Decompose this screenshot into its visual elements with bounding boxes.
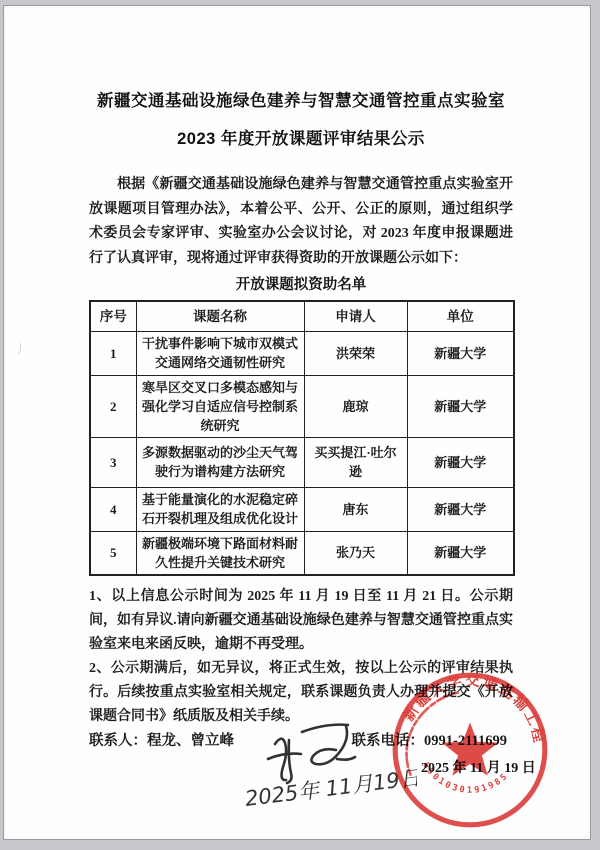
- applicant-cell: 买买提江·吐尔逊: [304, 437, 407, 487]
- contact-person: 联系人：程龙、曾立峰: [89, 729, 234, 753]
- project-name-cell: 新疆极端环境下路面材料耐久性提升关键技术研究: [136, 531, 304, 575]
- title-line-1: 新疆交通基础设施绿色建养与智慧交通管控重点实验室: [89, 82, 513, 120]
- table-row: 5 新疆极端环境下路面材料耐久性提升关键技术研究 张乃天 新疆大学: [90, 531, 514, 575]
- scan-artifact: [13, 342, 22, 356]
- row-number-cell: 3: [90, 437, 136, 487]
- row-number-cell: 1: [90, 331, 136, 375]
- applicant-cell: 张乃天: [304, 531, 407, 575]
- document-content: 新疆交通基础设施绿色建养与智慧交通管控重点实验室 2023 年度开放课题评审结果…: [89, 82, 513, 753]
- header-project: 课题名称: [136, 301, 304, 331]
- document-title: 新疆交通基础设施绿色建养与智慧交通管控重点实验室 2023 年度开放课题评审结果…: [89, 82, 513, 158]
- header-org: 单位: [407, 301, 514, 331]
- header-applicant: 申请人: [304, 301, 407, 331]
- org-cell: 新疆大学: [407, 487, 514, 531]
- table-row: 4 基于能量演化的水泥稳定碎石开裂机理及组成优化设计 唐东 新疆大学: [90, 487, 514, 531]
- project-name-cell: 多源数据驱动的沙尘天气驾驶行为谱构建方法研究: [136, 437, 304, 487]
- org-cell: 新疆大学: [407, 531, 514, 575]
- intro-paragraph: 根据《新疆交通基础设施绿色建养与智慧交通管控重点实验室开放课题项目管理办法》，本…: [89, 173, 513, 271]
- org-cell: 新疆大学: [407, 437, 514, 487]
- official-seal: 新疆大学交通运输工程学院 6501030191985: [388, 668, 552, 832]
- table-row: 3 多源数据驱动的沙尘天气驾驶行为谱构建方法研究 买买提江·吐尔逊 新疆大学: [90, 437, 514, 487]
- row-number-cell: 4: [90, 487, 136, 531]
- applicant-cell: 鹿琼: [304, 375, 407, 437]
- project-name-cell: 寒旱区交叉口多模态感知与强化学习自适应信号控制系统研究: [136, 375, 304, 437]
- project-name-cell: 干扰事件影响下城市双模式交通网络交通韧性研究: [136, 331, 304, 375]
- grant-table: 序号 课题名称 申请人 单位 1 干扰事件影响下城市双模式交通网络交通韧性研究 …: [89, 300, 515, 576]
- scanned-document-viewport: { "doc": { "title_line1": "新疆交通基础设施绿色建养与…: [0, 0, 600, 850]
- org-cell: 新疆大学: [407, 375, 514, 437]
- table-header-row: 序号 课题名称 申请人 单位: [90, 301, 514, 331]
- org-cell: 新疆大学: [407, 331, 514, 375]
- project-name-cell: 基于能量演化的水泥稳定碎石开裂机理及组成优化设计: [136, 487, 304, 531]
- document-page: 新疆交通基础设施绿色建养与智慧交通管控重点实验室 2023 年度开放课题评审结果…: [3, 5, 591, 840]
- table-row: 1 干扰事件影响下城市双模式交通网络交通韧性研究 洪荣荣 新疆大学: [90, 331, 514, 375]
- table-title: 开放课题拟资助名单: [89, 274, 513, 297]
- applicant-cell: 洪荣荣: [304, 331, 407, 375]
- star-icon: [442, 722, 499, 775]
- title-line-2: 2023 年度开放课题评审结果公示: [89, 120, 513, 158]
- table-row: 2 寒旱区交叉口多模态感知与强化学习自适应信号控制系统研究 鹿琼 新疆大学: [90, 375, 514, 437]
- row-number-cell: 5: [90, 531, 136, 575]
- applicant-cell: 唐东: [304, 487, 407, 531]
- header-no: 序号: [90, 301, 136, 331]
- note-1: 1、以上信息公示时间为 2025 年 11 月 19 日至 11 月 21 日。…: [89, 585, 513, 657]
- row-number-cell: 2: [90, 375, 136, 437]
